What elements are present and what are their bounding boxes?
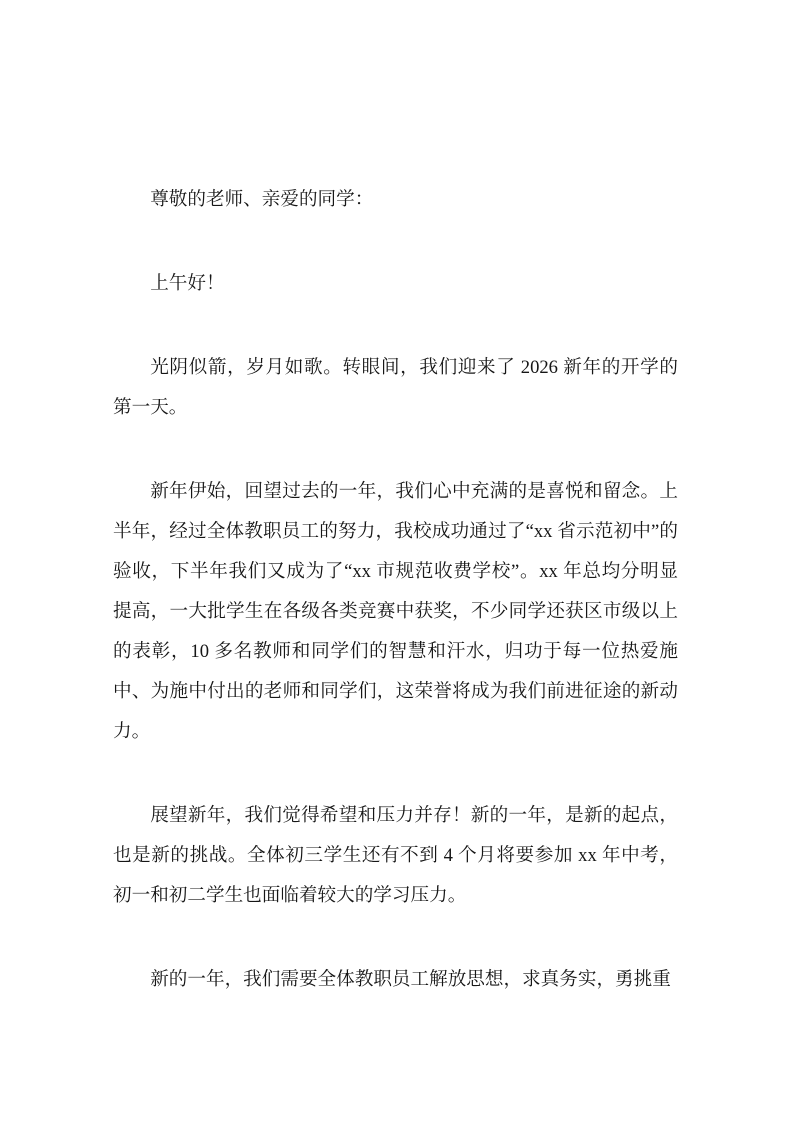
paragraph-review-of-year: 新年伊始，回望过去的一年，我们心中充满的是喜悦和留念。上半年，经过全体教职员工的… <box>113 472 678 752</box>
paragraph-new-year-call: 新的一年，我们需要全体教职员工解放思想，求真务实，勇挑重 <box>113 960 678 1000</box>
paragraph-outlook: 展望新年，我们觉得希望和压力并存！新的一年，是新的起点，也是新的挑战。全体初三学… <box>113 796 678 916</box>
paragraph-greeting: 上午好！ <box>113 264 678 304</box>
paragraph-salutation: 尊敬的老师、亲爱的同学： <box>113 180 678 220</box>
document-page: 尊敬的老师、亲爱的同学： 上午好！ 光阴似箭，岁月如歌。转眼间，我们迎来了 20… <box>0 0 793 1122</box>
document-body: 尊敬的老师、亲爱的同学： 上午好！ 光阴似箭，岁月如歌。转眼间，我们迎来了 20… <box>113 180 678 1000</box>
paragraph-opening: 光阴似箭，岁月如歌。转眼间，我们迎来了 2026 新年的开学的第一天。 <box>113 348 678 428</box>
